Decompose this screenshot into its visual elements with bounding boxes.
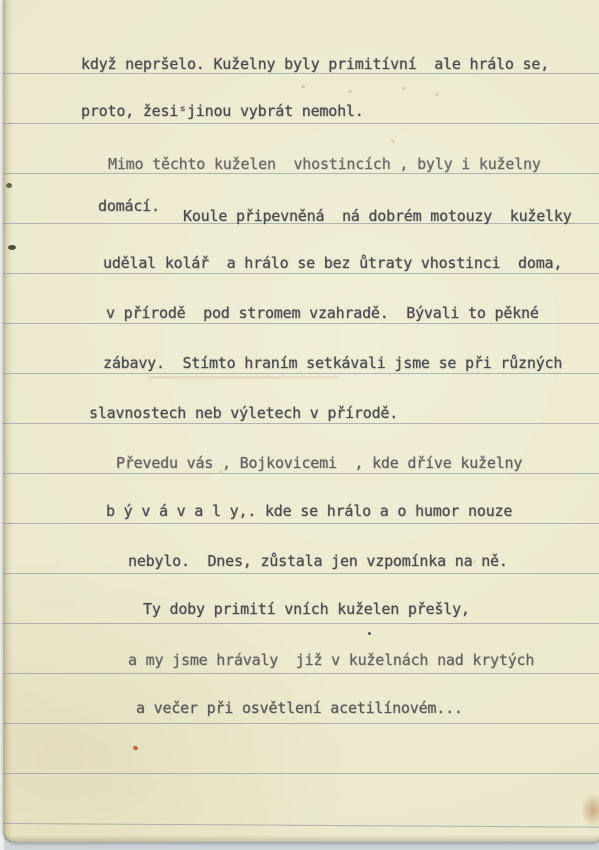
typed-line-12: Ty doby primití vních kuželen přešly, [143, 600, 470, 618]
ruled-line [3, 423, 599, 424]
typed-line-11: nebylo. Dnes, zůstala jen vzpomínka na n… [128, 552, 508, 570]
paper-bottom-edge-shadow [3, 835, 599, 842]
typed-line-2: proto, žesiˢjinou vybrát nemohl. [81, 102, 364, 120]
edge-stain [581, 793, 599, 827]
paper-speck [435, 93, 439, 96]
typed-line-6: v přírodě pod stromem vzahradě. Bývali t… [106, 304, 539, 322]
ruled-line [3, 623, 599, 624]
ruled-line [3, 323, 599, 324]
typed-line-1: když nepršelo. Kuželny byly primitívní a… [81, 55, 549, 73]
paper-speck [391, 140, 395, 143]
typed-line-14: a večer při osvětlení acetilínovém... [136, 699, 463, 717]
ruled-line [3, 573, 599, 574]
stray-ink-dot [368, 632, 371, 635]
edge-speck [6, 183, 12, 188]
typed-line-13: a my jsme hrávaly již v kuželnách nad kr… [128, 651, 534, 669]
faint-smear [148, 376, 338, 379]
paper-speck [219, 470, 222, 473]
ruled-line [3, 473, 599, 474]
ruled-line [3, 823, 599, 828]
ruled-line [3, 273, 599, 274]
typed-line-4a: domácí. [98, 197, 160, 215]
paper-speck [132, 745, 138, 751]
scanned-document: když nepršelo. Kuželny byly primitívní a… [0, 0, 599, 850]
paper-left-edge-shadow [3, 0, 13, 842]
paper-sheet: když nepršelo. Kuželny byly primitívní a… [3, 0, 599, 842]
ruled-line [3, 523, 599, 524]
ruled-line [3, 673, 599, 674]
ruled-line [3, 773, 599, 774]
edge-speck [8, 245, 16, 250]
typed-line-7: zábavy. Stímto hraním setkávali jsme se … [103, 354, 562, 372]
typed-line-10: b ý v á v a l y,. kde se hrálo a o humor… [106, 502, 512, 520]
paper-speck [473, 560, 476, 563]
typed-line-9: Převedu vás , Bojkovicemi , kde dříve ku… [116, 454, 522, 472]
paper-speck [301, 85, 306, 88]
ruled-line [3, 723, 599, 724]
ruled-line [3, 173, 599, 174]
typed-line-4b: Koule připevněná ná dobrém motouzy kužel… [183, 207, 572, 225]
typed-line-5: udělal kolář a hrálo se bez ůtraty vhost… [103, 254, 562, 272]
ruled-line [3, 73, 599, 74]
paper-speck [348, 90, 352, 93]
ruled-line [3, 373, 599, 374]
typed-line-3: Mimo těchto kuželen vhostincích , byly i… [108, 155, 541, 173]
paper-speck [401, 87, 406, 90]
ruled-line [3, 123, 599, 124]
typed-line-8: slavnostech neb výletech v přírodě. [89, 404, 398, 422]
